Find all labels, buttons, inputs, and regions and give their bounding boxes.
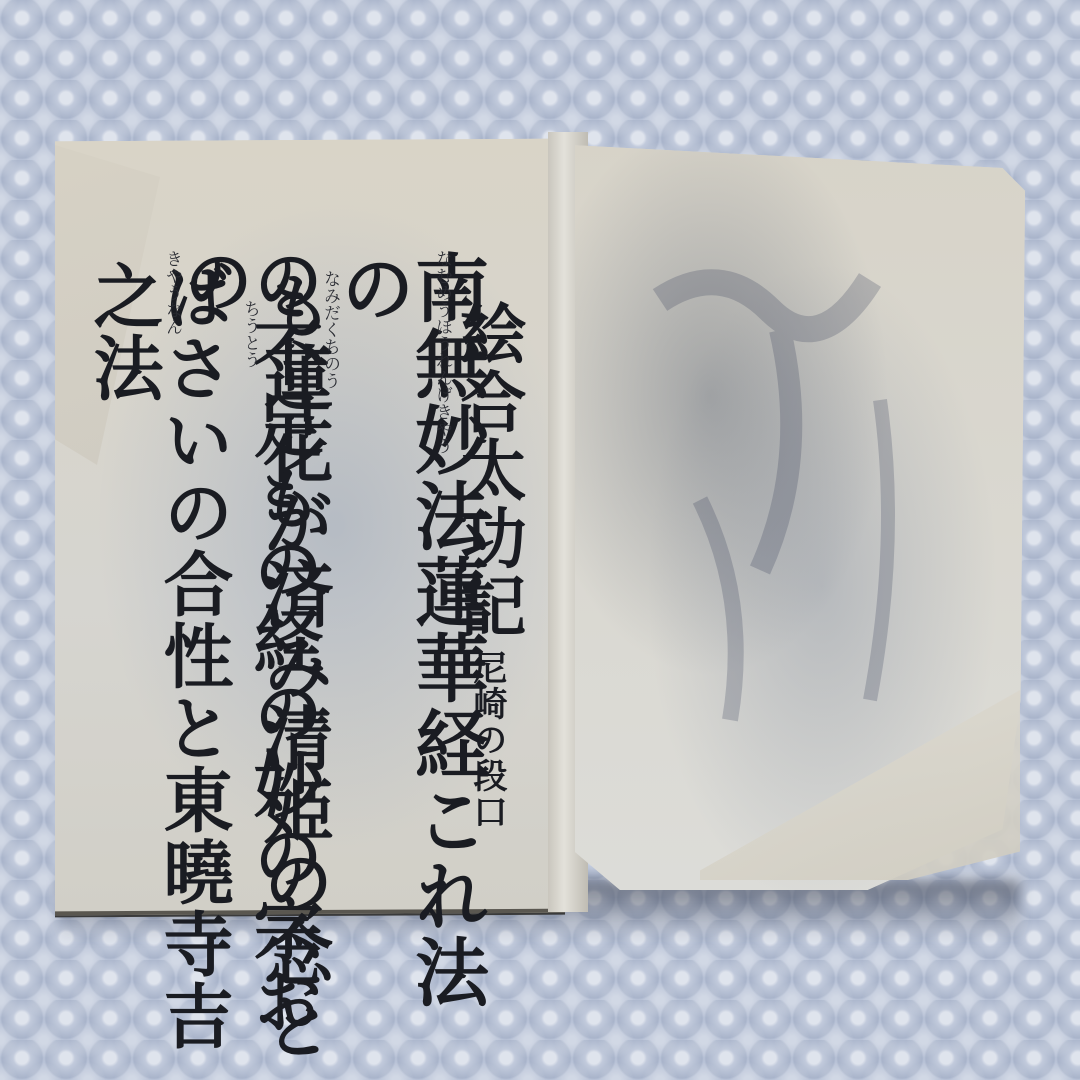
text-column-4: ばさいの合性と東曉寺吉之法 [88, 260, 228, 1080]
text-column-1: 南無妙法蓮華経これ法の [335, 250, 483, 1080]
ruby-annotation-4: きやうなん [160, 250, 185, 335]
open-book: 絵合太功記 尼崎の段口 南無妙法蓮華経これ法の も蓮花が済み清姫の念と の不足も… [0, 0, 1080, 1080]
ruby-annotation-1: なむめうほうれんげきやう [430, 250, 455, 454]
ruby-annotation-3: ちうとう [238, 300, 263, 368]
ruby-annotation-2: なみだくちのう [318, 270, 343, 389]
ink-bleed-through-illustration [640, 240, 960, 760]
